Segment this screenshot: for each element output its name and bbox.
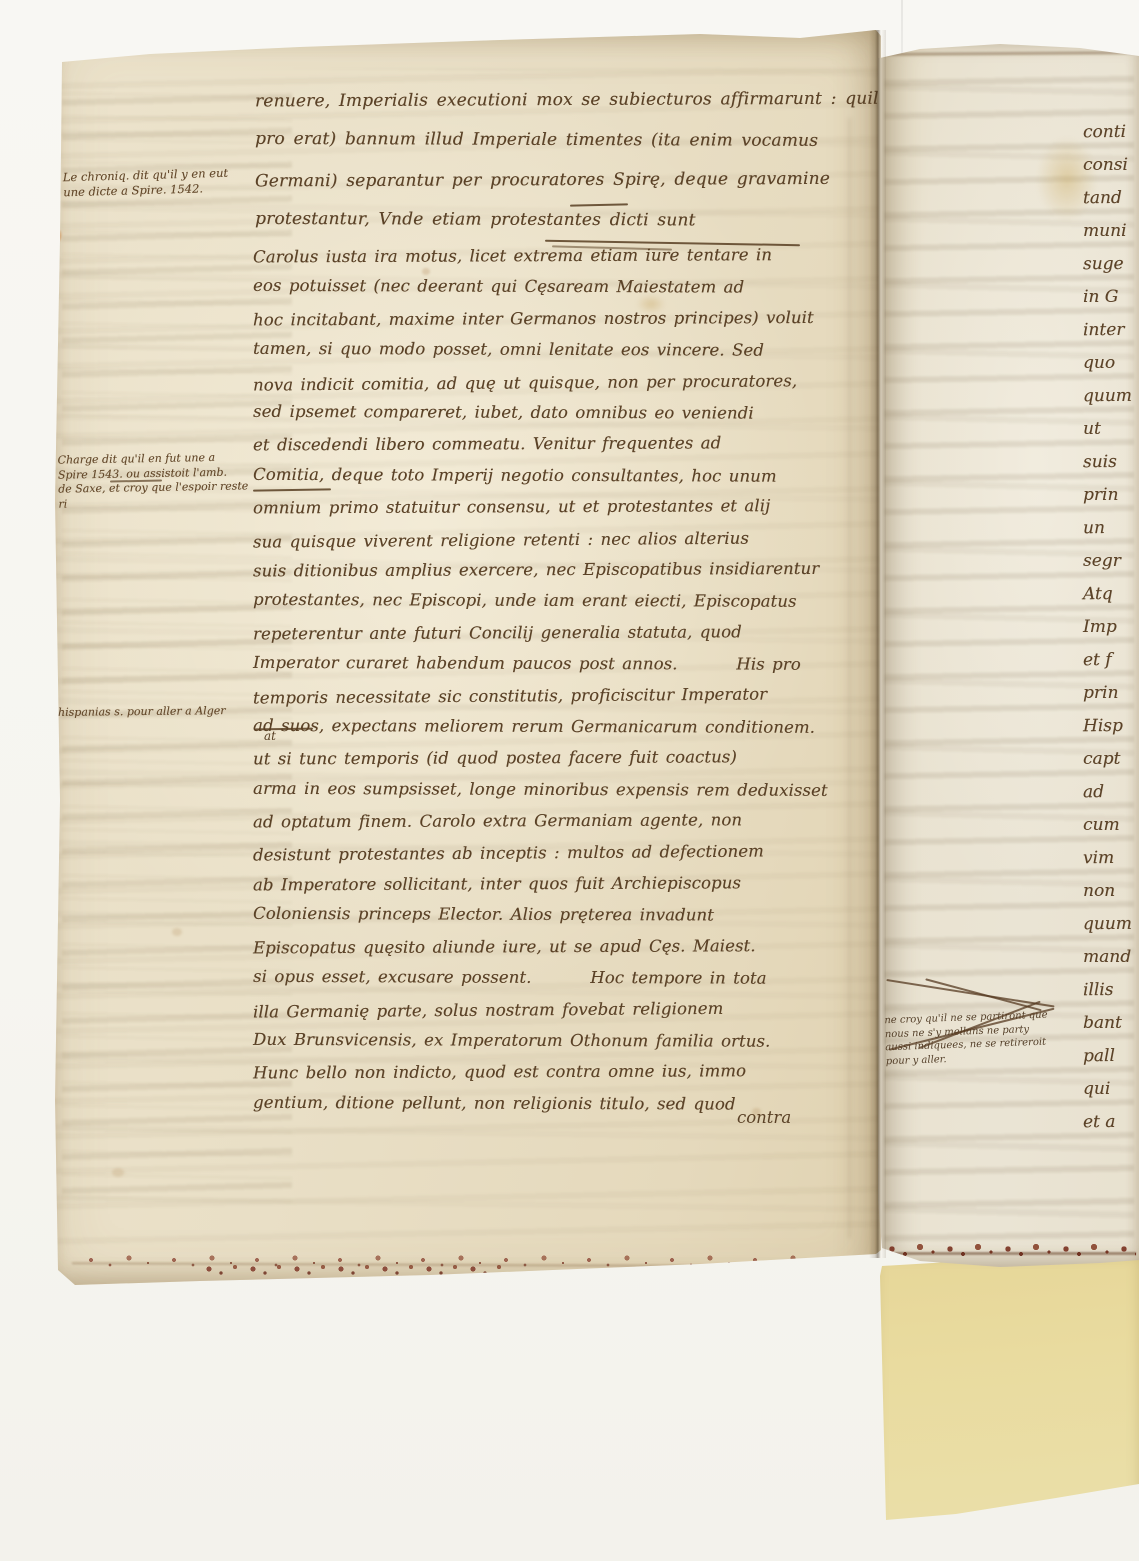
manuscript-line: ab Imperatore sollicitant, inter quos fu… [253,872,903,906]
margin-note-alger: hispanias s. pour aller a Alger [58,703,226,720]
manuscript-line: repeterentur ante futuri Concilij genera… [253,621,903,655]
clipped-line-fragment: in G [1083,287,1139,320]
clipped-line-fragment: consi [1083,155,1139,188]
gutter-seam [869,30,886,1258]
manuscript-line: sed ipsemet compareret, iubet, dato omni… [253,402,903,436]
bottom-edge-speckles [884,1242,1136,1260]
clipped-line-fragment: quum [1083,386,1139,419]
clipped-line-fragment: quo [1083,353,1139,386]
manuscript-line: protestantes, nec Episcopi, unde iam era… [253,590,903,624]
manuscript-line: ad suos, expectans meliorem rerum German… [253,716,903,750]
margin-note-spire-1542: Le chroniq. dit qu'il y en eutune dicte … [63,166,229,201]
manuscript-line: hoc incitabant, maxime inter Germanos no… [253,307,903,341]
clipped-line-fragment: capt [1083,749,1139,782]
manuscript-line: et discedendi libero commeatu. Venitur f… [253,433,903,467]
bottom-edge-shadow [72,1262,862,1267]
manuscript-page-left: renuere, Imperialis executioni mox se su… [52,28,882,1286]
clipped-line-fragment: suge [1083,254,1139,287]
manuscript-line: Episcopatus quęsito aliunde iure, ut se … [253,935,903,969]
bottom-edge-shadow [882,1252,1136,1255]
manuscript-line: ut si tunc temporis (id quod postea face… [253,747,903,781]
clipped-line-fragment: conti [1083,122,1139,155]
manuscript-line: Imperator curaret habendum paucos post a… [253,653,903,687]
manuscript-line: temporis necessitate sic constitutis, pr… [253,684,903,720]
manuscript-line: Carolus iusta ira motus, licet extrema e… [253,245,903,279]
manuscript-line: renuere, Imperialis executioni mox se su… [255,89,895,132]
clipped-line-fragment: vim [1083,848,1139,881]
manuscript-line: si opus esset, excusare possent. Hoc tem… [253,967,903,1001]
top-edge-shadow [880,51,1138,56]
manuscript-line: arma in eos sumpsisset, longe minoribus … [253,779,903,813]
manuscript-line: Hunc bello non indicto, quod est contra … [253,1061,903,1095]
clipped-line-fragment: non [1083,881,1139,914]
clipped-line-fragment: bant [1083,1013,1139,1046]
manuscript-line: pro erat) bannum illud Imperiale timente… [255,129,895,171]
clipped-line-fragment: prin [1083,683,1139,716]
struck-note-lines: ne croy qu'il ne se partiront quenous ne… [884,1008,1071,1068]
manuscript-line: desistunt protestantes ab inceptis : mul… [253,841,903,877]
yellow-interleaf-sheet [876,1246,1139,1526]
clipped-line-fragment: illis [1083,980,1139,1013]
struck-out-margin-note: ne croy qu'il ne se partiront quenous ne… [883,981,1074,1149]
edge-stain [50,228,61,243]
interlinear-correction: at [264,729,276,743]
manuscript-line: eos potuisset (nec deerant qui Cęsaream … [253,276,903,310]
catchword: contra [737,1108,791,1127]
clipped-line-fragment: mand [1083,947,1139,980]
clipped-line-fragment: quum [1083,914,1139,947]
main-text-paragraph-1: renuere, Imperialis executioni mox se su… [255,90,895,250]
cross-out-stroke [886,979,1054,1007]
clipped-line-fragment: pall [1083,1046,1139,1079]
manuscript-page-right: conticonsitandmunisugein Ginterquoquumut… [878,36,1139,1268]
manuscript-line: Dux Brunsvicensis, ex Imperatorum Othonu… [253,1030,903,1064]
manuscript-line: gentium, ditione pellunt, non religionis… [253,1092,903,1126]
manuscript-line: omnium primo statuitur consensu, ut et p… [253,496,903,530]
clipped-line-fragment: un [1083,518,1139,551]
margin-note-line: hispanias s. pour aller a Alger [58,703,226,720]
clipped-line-fragment: cum [1083,815,1139,848]
manuscript-line: nova indicit comitia, ad quę ut quisque,… [253,370,903,406]
clipped-line-fragment: ut [1083,419,1139,452]
clipped-line-fragment: segr [1083,551,1139,584]
manuscript-line: Comitia, deque toto Imperij negotio cons… [253,465,903,499]
manuscript-line: sua quisque viverent religione retenti :… [253,527,903,563]
manuscript-line: suis ditionibus amplius exercere, nec Ep… [253,558,903,592]
clipped-line-fragment: prin [1083,485,1139,518]
manuscript-photo: renuere, Imperialis executioni mox se su… [0,0,1139,1561]
clipped-line-fragment: et f [1083,650,1139,683]
clipped-line-fragment: inter [1083,320,1139,353]
manuscript-line: Coloniensis princeps Elector. Alios pręt… [253,904,903,938]
clipped-line-fragment: Atq [1083,584,1139,617]
clipped-line-fragment: muni [1083,221,1139,254]
manuscript-line: ad optatum finem. Carolo extra Germaniam… [253,810,903,844]
clipped-line-fragment: ad [1083,782,1139,815]
clipped-line-fragment: suis [1083,452,1139,485]
clipped-line-fragment: Imp [1083,617,1139,650]
clipped-line-fragment: Hisp [1083,716,1139,749]
main-text-paragraph-2: Carolus iusta ira motus, licet extrema e… [253,246,903,1125]
clipped-text-fragments: conticonsitandmunisugein Ginterquoquumut… [1083,122,1139,1145]
manuscript-line: tamen, si quo modo posset, omni lenitate… [253,339,903,373]
clipped-line-fragment: qui [1083,1079,1139,1112]
manuscript-line: illa Germanię parte, solus nostram foveb… [253,998,903,1034]
clipped-line-fragment: tand [1083,188,1139,221]
clipped-line-fragment: et a [1083,1112,1139,1145]
